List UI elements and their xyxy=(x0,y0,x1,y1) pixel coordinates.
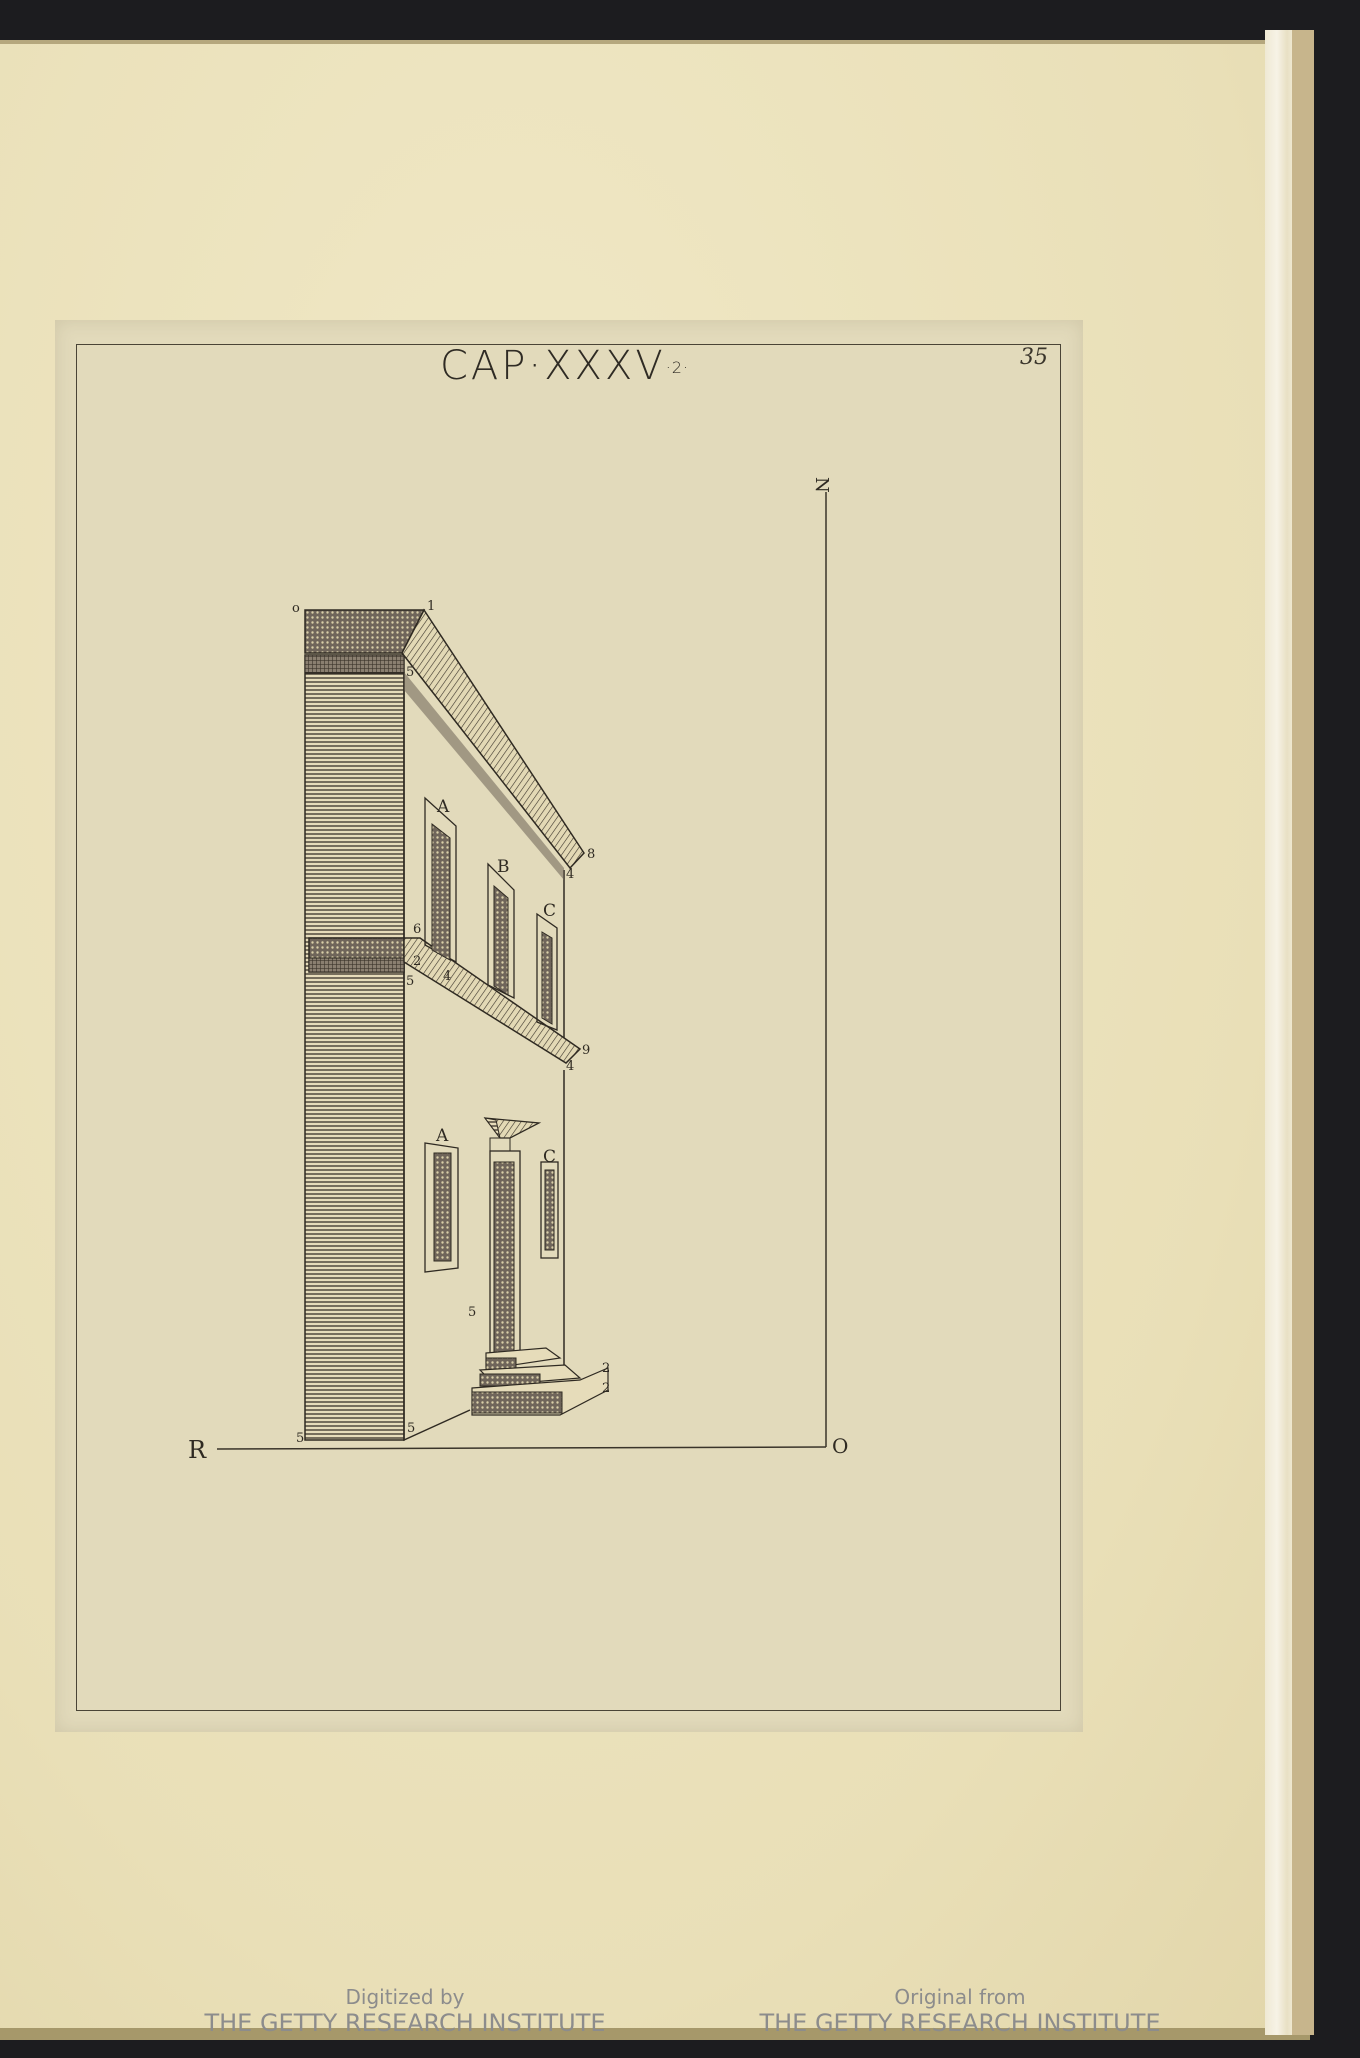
building-side-face xyxy=(305,655,404,1440)
svg-text:B: B xyxy=(497,857,510,877)
entrance-steps xyxy=(472,1348,608,1415)
top-cornice-slope xyxy=(402,610,584,868)
svg-text:5: 5 xyxy=(406,665,414,680)
mid-cornice-slope xyxy=(404,938,580,1063)
perspective-building-drawing: o 1 5 8 4 6 2 4 5 9 4 5 5 5 2 2 A B C A … xyxy=(0,0,1360,2058)
svg-text:2: 2 xyxy=(602,1361,610,1376)
ground-o-label: O xyxy=(832,1434,848,1458)
svg-text:o: o xyxy=(292,601,300,616)
footer-original-line1: Original from xyxy=(750,1985,1170,2009)
svg-text:4: 4 xyxy=(443,969,451,984)
svg-text:8: 8 xyxy=(587,847,595,862)
svg-text:5: 5 xyxy=(296,1431,304,1446)
svg-text:A: A xyxy=(436,797,450,817)
svg-text:9: 9 xyxy=(582,1043,590,1058)
upper-window-c xyxy=(537,914,557,1030)
upper-window-a xyxy=(425,798,456,962)
compass-n-label: N xyxy=(811,477,832,493)
svg-text:A: A xyxy=(435,1126,449,1146)
door xyxy=(485,1118,539,1354)
svg-text:5: 5 xyxy=(406,974,414,989)
svg-text:2: 2 xyxy=(602,1381,610,1396)
ground-line xyxy=(217,1447,826,1449)
svg-text:6: 6 xyxy=(413,922,421,937)
svg-text:4: 4 xyxy=(566,867,574,882)
svg-text:C: C xyxy=(543,901,556,921)
svg-text:5: 5 xyxy=(468,1305,476,1320)
footer-original-line2: THE GETTY RESEARCH INSTITUTE xyxy=(750,2009,1170,2037)
svg-text:2: 2 xyxy=(413,954,421,969)
svg-text:C: C xyxy=(543,1147,556,1167)
footer-digitized: Digitized by THE GETTY RESEARCH INSTITUT… xyxy=(195,1985,615,2037)
lower-window-c xyxy=(541,1162,558,1258)
upper-window-b xyxy=(488,864,514,998)
svg-text:4: 4 xyxy=(566,1059,574,1074)
ground-r-label: R xyxy=(188,1436,207,1464)
footer-original: Original from THE GETTY RESEARCH INSTITU… xyxy=(750,1985,1170,2037)
svg-text:1: 1 xyxy=(427,599,435,614)
footer-digitized-line1: Digitized by xyxy=(195,1985,615,2009)
footer-digitized-line2: THE GETTY RESEARCH INSTITUTE xyxy=(195,2009,615,2037)
svg-text:5: 5 xyxy=(407,1421,415,1436)
lower-window-a xyxy=(425,1143,458,1272)
